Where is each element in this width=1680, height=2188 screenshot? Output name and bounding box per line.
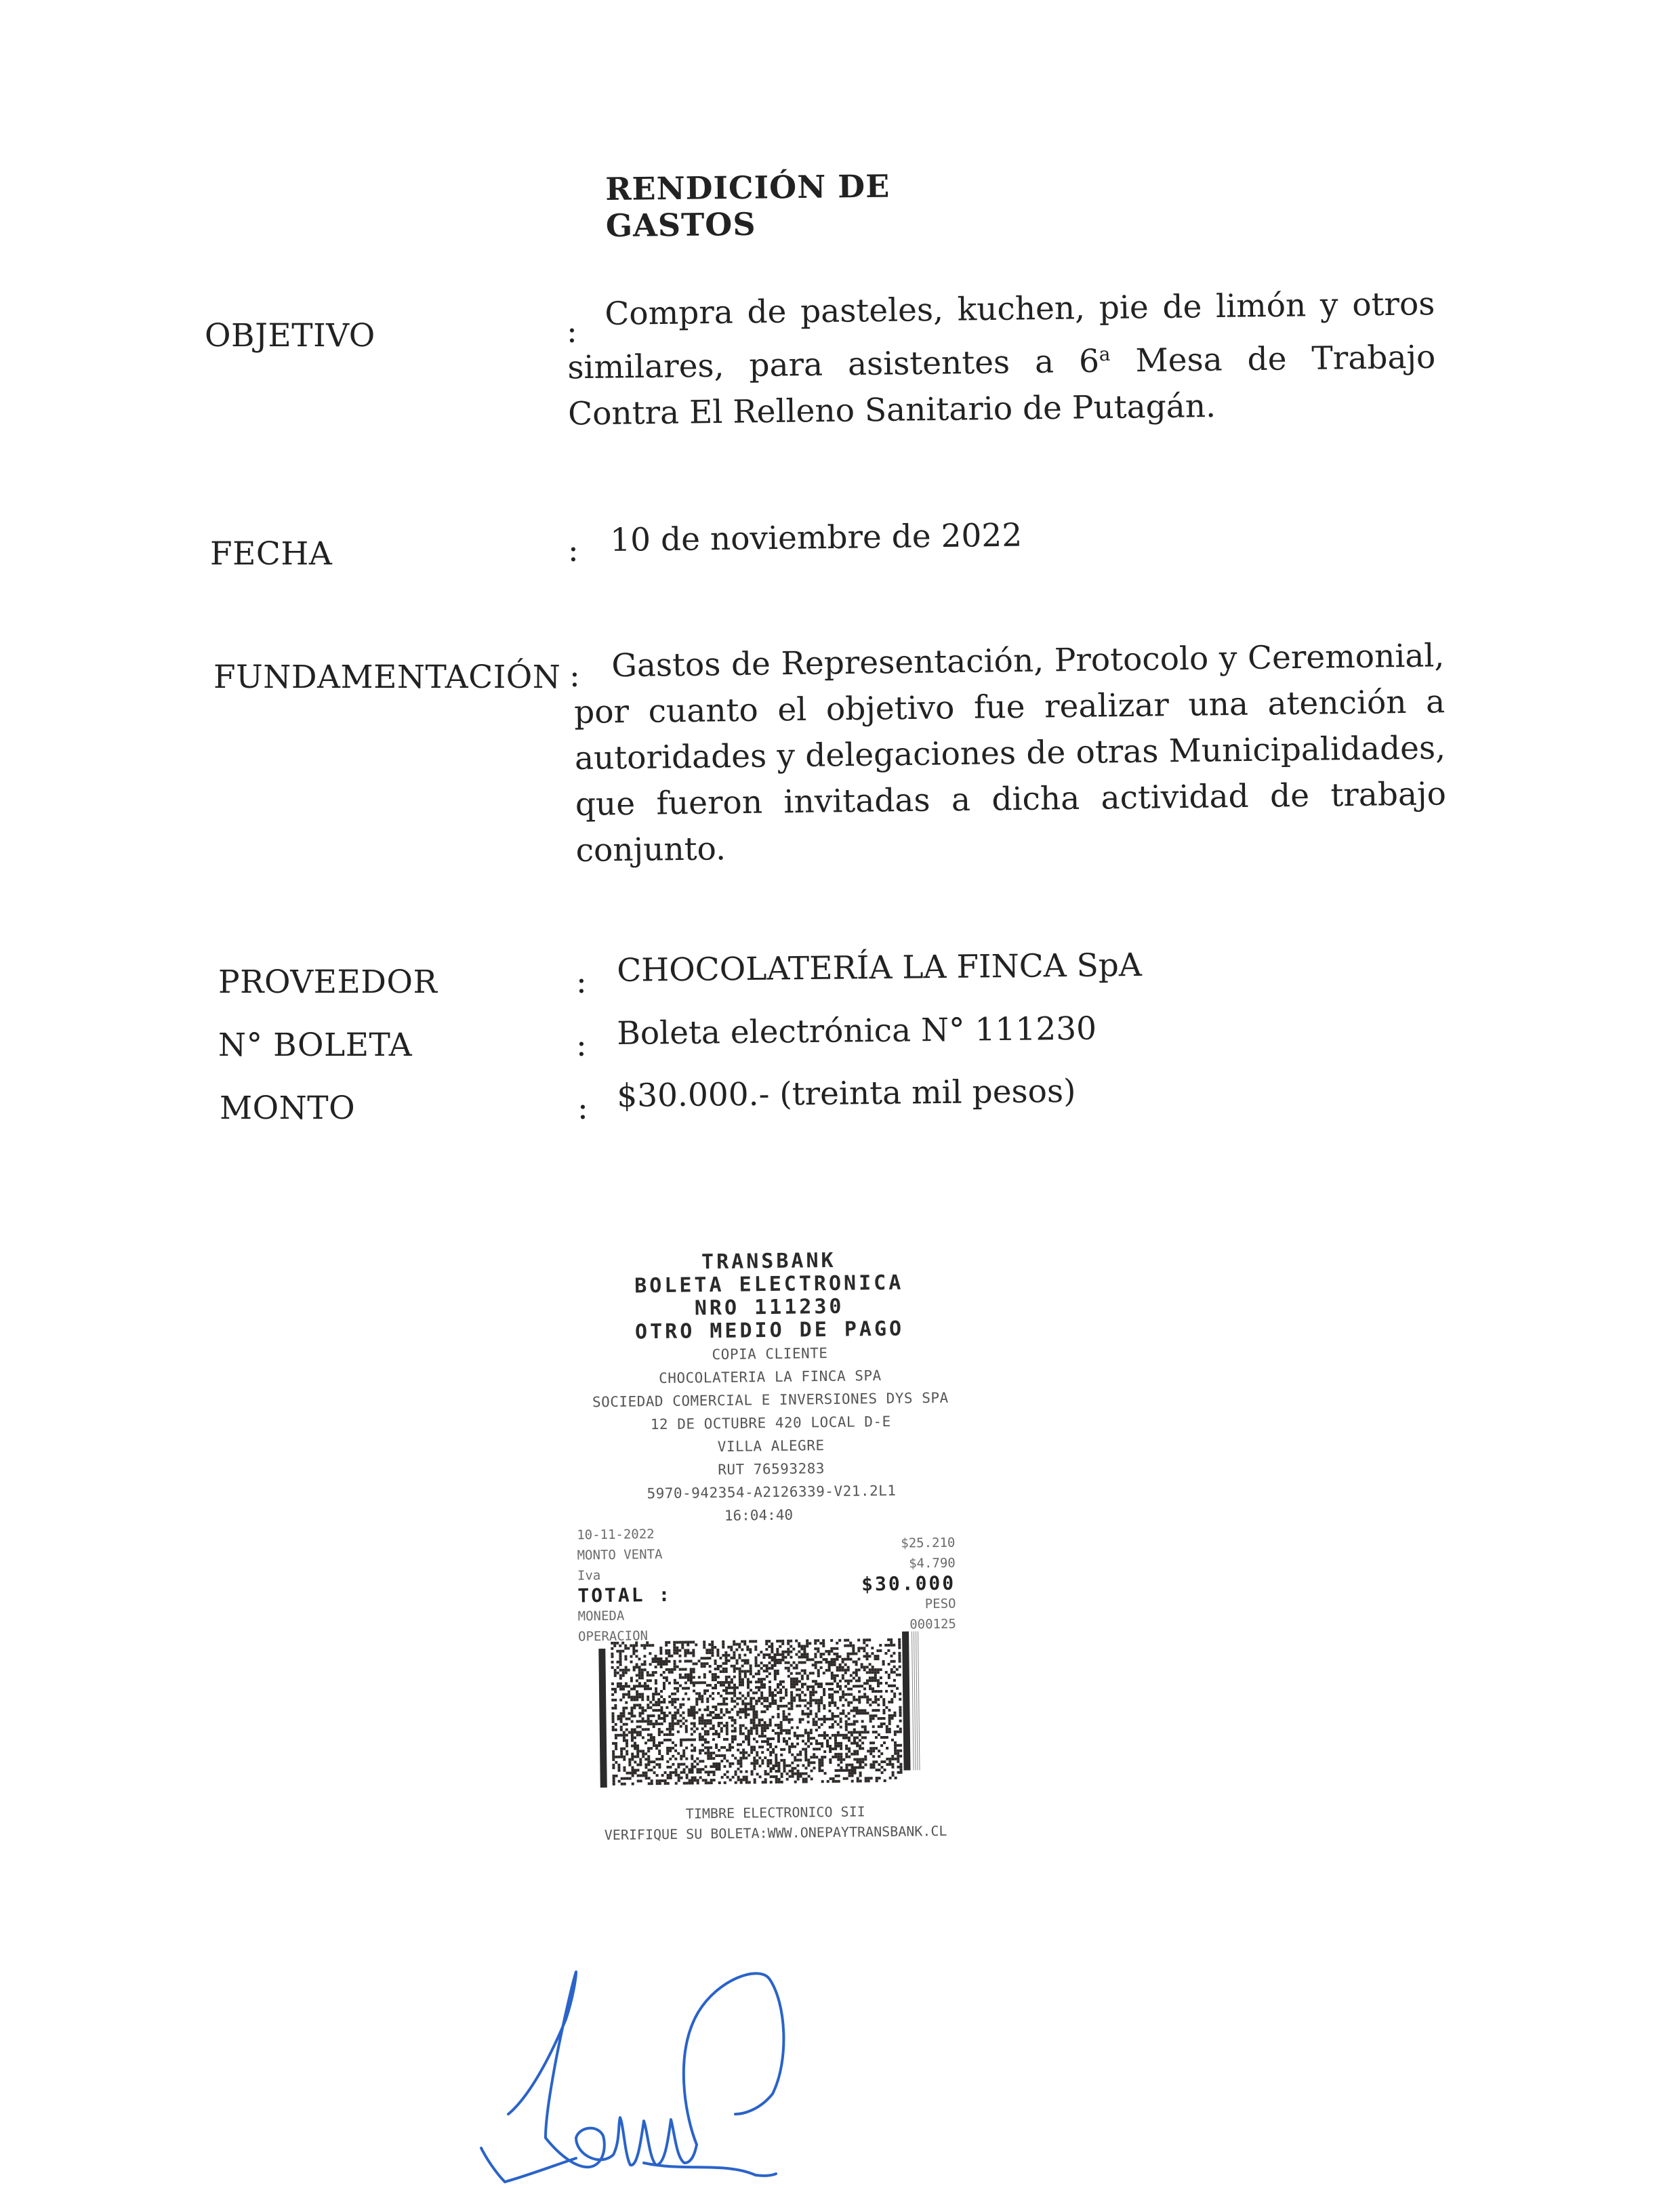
label-objetivo: OBJETIVO (205, 317, 375, 354)
label-boleta: N° BOLETA (218, 1027, 412, 1064)
value-proveedor: CHOCOLATERÍA LA FINCA SpA (617, 947, 1142, 989)
fundamentacion-line-5: conjunto. (575, 817, 1447, 874)
receipt-value-total: $30.000 (861, 1573, 956, 1595)
receipt-time: 16:04:40 (724, 1505, 794, 1526)
label-fundamentacion: FUNDAMENTACIÓN (213, 659, 560, 696)
document-title: RENDICIÓN DE GASTOS (605, 166, 1040, 244)
receipt-label-moneda: MONEDA (578, 1605, 672, 1627)
receipt-totals: 16:04:40 10-11-2022 MONTO VENTA Iva TOTA… (569, 1505, 975, 1510)
receipt-footer-verify: VERIFIQUE SU BOLETA:WWW.ONEPAYTRANSBANK.… (572, 1820, 979, 1845)
value-objetivo: Compra de pasteles, kuchen, pie de limón… (605, 281, 1437, 437)
receipt-value-iva: $4.790 (861, 1553, 956, 1575)
receipt-date: 10-11-2022 (577, 1524, 671, 1546)
handwritten-signature (441, 1952, 1152, 2188)
label-fecha: FECHA (210, 535, 332, 573)
receipt-label-monto-venta: MONTO VENTA (577, 1544, 671, 1566)
receipt-footer: TIMBRE ELECTRONICO SII VERIFIQUE SU BOLE… (572, 1800, 979, 1845)
receipt-value-moneda: PESO (861, 1594, 956, 1615)
value-fecha: 10 de noviembre de 2022 (610, 517, 1023, 559)
value-fundamentacion: Gastos de Representación, Protocolo y Ce… (573, 633, 1447, 874)
value-monto: $30.000.- (treinta mil pesos) (617, 1073, 1076, 1115)
receipt-label-total: TOTAL : (577, 1585, 672, 1607)
pdf417-barcode (596, 1631, 937, 1791)
colon: : (577, 1090, 588, 1127)
receipt-label-iva: Iva (577, 1565, 672, 1586)
value-boleta: Boleta electrónica N° 111230 (617, 1010, 1097, 1052)
colon: : (576, 964, 587, 1001)
receipt-info-7: 5970-942354-A2126339-V21.2L1 (568, 1478, 975, 1506)
label-proveedor: PROVEEDOR (218, 964, 437, 1001)
colon: : (576, 1027, 587, 1064)
colon: : (568, 532, 579, 569)
label-monto: MONTO (220, 1090, 355, 1127)
receipt-value-monto-venta: $25.210 (861, 1533, 955, 1554)
receipt-image: TRANSBANK BOLETA ELECTRONICA NRO 111230 … (565, 1247, 980, 1903)
objetivo-line-2: similares, para asistentes a 6a Mesa de … (567, 327, 1436, 391)
